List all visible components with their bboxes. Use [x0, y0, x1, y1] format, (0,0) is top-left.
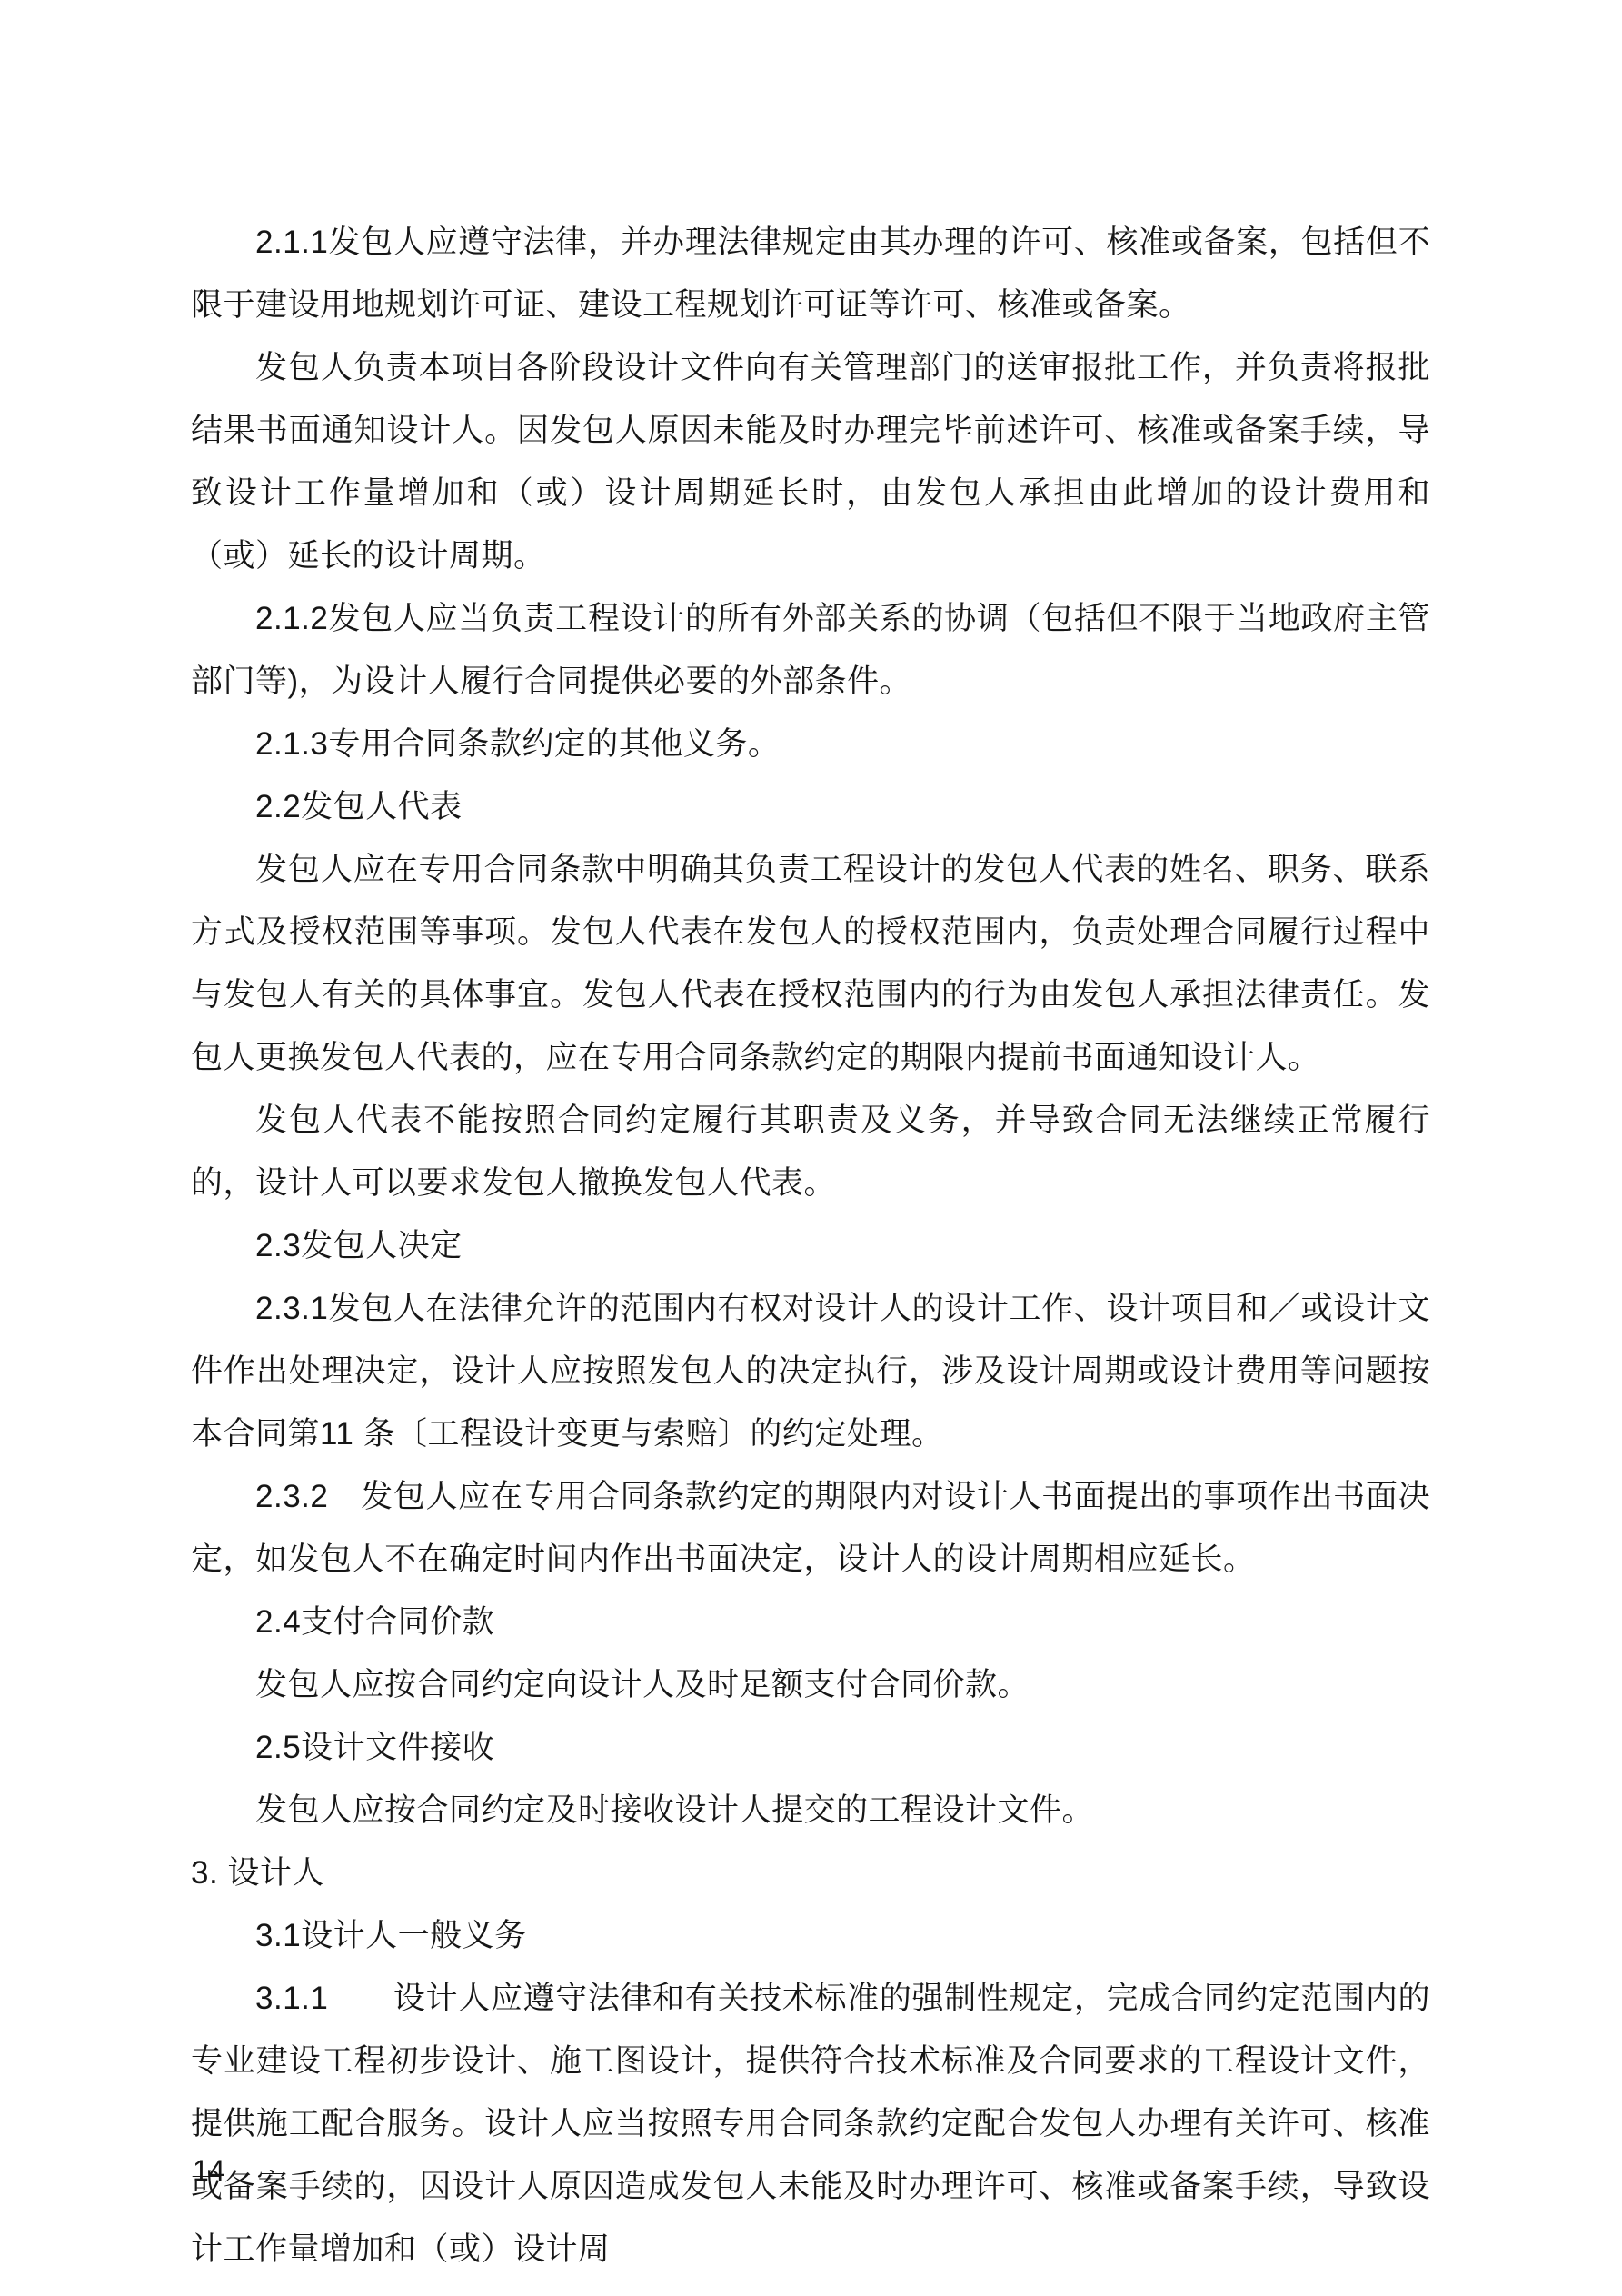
- clause-2-3-2: 2.3.2 发包人应在专用合同条款约定的期限内对设计人书面提出的事项作出书面决定…: [191, 1465, 1430, 1591]
- clause-2-2-heading: 2.2发包人代表: [191, 775, 1430, 838]
- clause-2-1-1: 2.1.1发包人应遵守法律，并办理法律规定由其办理的许可、核准或备案，包括但不限…: [191, 211, 1430, 336]
- clause-2-3-1: 2.3.1发包人在法律允许的范围内有权对设计人的设计工作、设计项目和／或设计文件…: [191, 1277, 1430, 1465]
- clause-2-4-para: 发包人应按合同约定向设计人及时足额支付合同价款。: [191, 1653, 1430, 1716]
- page-content: 2.1.1发包人应遵守法律，并办理法律规定由其办理的许可、核准或备案，包括但不限…: [191, 211, 1430, 2281]
- clause-2-4-heading: 2.4支付合同价款: [191, 1591, 1430, 1653]
- clause-2-5-heading: 2.5设计文件接收: [191, 1716, 1430, 1779]
- page-number: 14: [193, 2152, 225, 2189]
- clause-2-2-para-1: 发包人应在专用合同条款中明确其负责工程设计的发包人代表的姓名、职务、联系方式及授…: [191, 838, 1430, 1089]
- section-3-heading: 3. 设计人: [191, 1842, 1430, 1904]
- clause-2-5-para: 发包人应按合同约定及时接收设计人提交的工程设计文件。: [191, 1779, 1430, 1842]
- clause-2-1-3: 2.1.3专用合同条款约定的其他义务。: [191, 713, 1430, 775]
- clause-2-3-heading: 2.3发包人决定: [191, 1214, 1430, 1277]
- clause-3-1-heading: 3.1设计人一般义务: [191, 1904, 1430, 1967]
- document-page: 2.1.1发包人应遵守法律，并办理法律规定由其办理的许可、核准或备案，包括但不限…: [0, 0, 1622, 2296]
- clause-2-1-1-para-2: 发包人负责本项目各阶段设计文件向有关管理部门的送审报批工作，并负责将报批结果书面…: [191, 336, 1430, 587]
- clause-3-1-1: 3.1.1 设计人应遵守法律和有关技术标准的强制性规定，完成合同约定范围内的专业…: [191, 1967, 1430, 2281]
- clause-2-1-2: 2.1.2发包人应当负责工程设计的所有外部关系的协调（包括但不限于当地政府主管部…: [191, 587, 1430, 713]
- clause-2-2-para-2: 发包人代表不能按照合同约定履行其职责及义务，并导致合同无法继续正常履行的，设计人…: [191, 1089, 1430, 1214]
